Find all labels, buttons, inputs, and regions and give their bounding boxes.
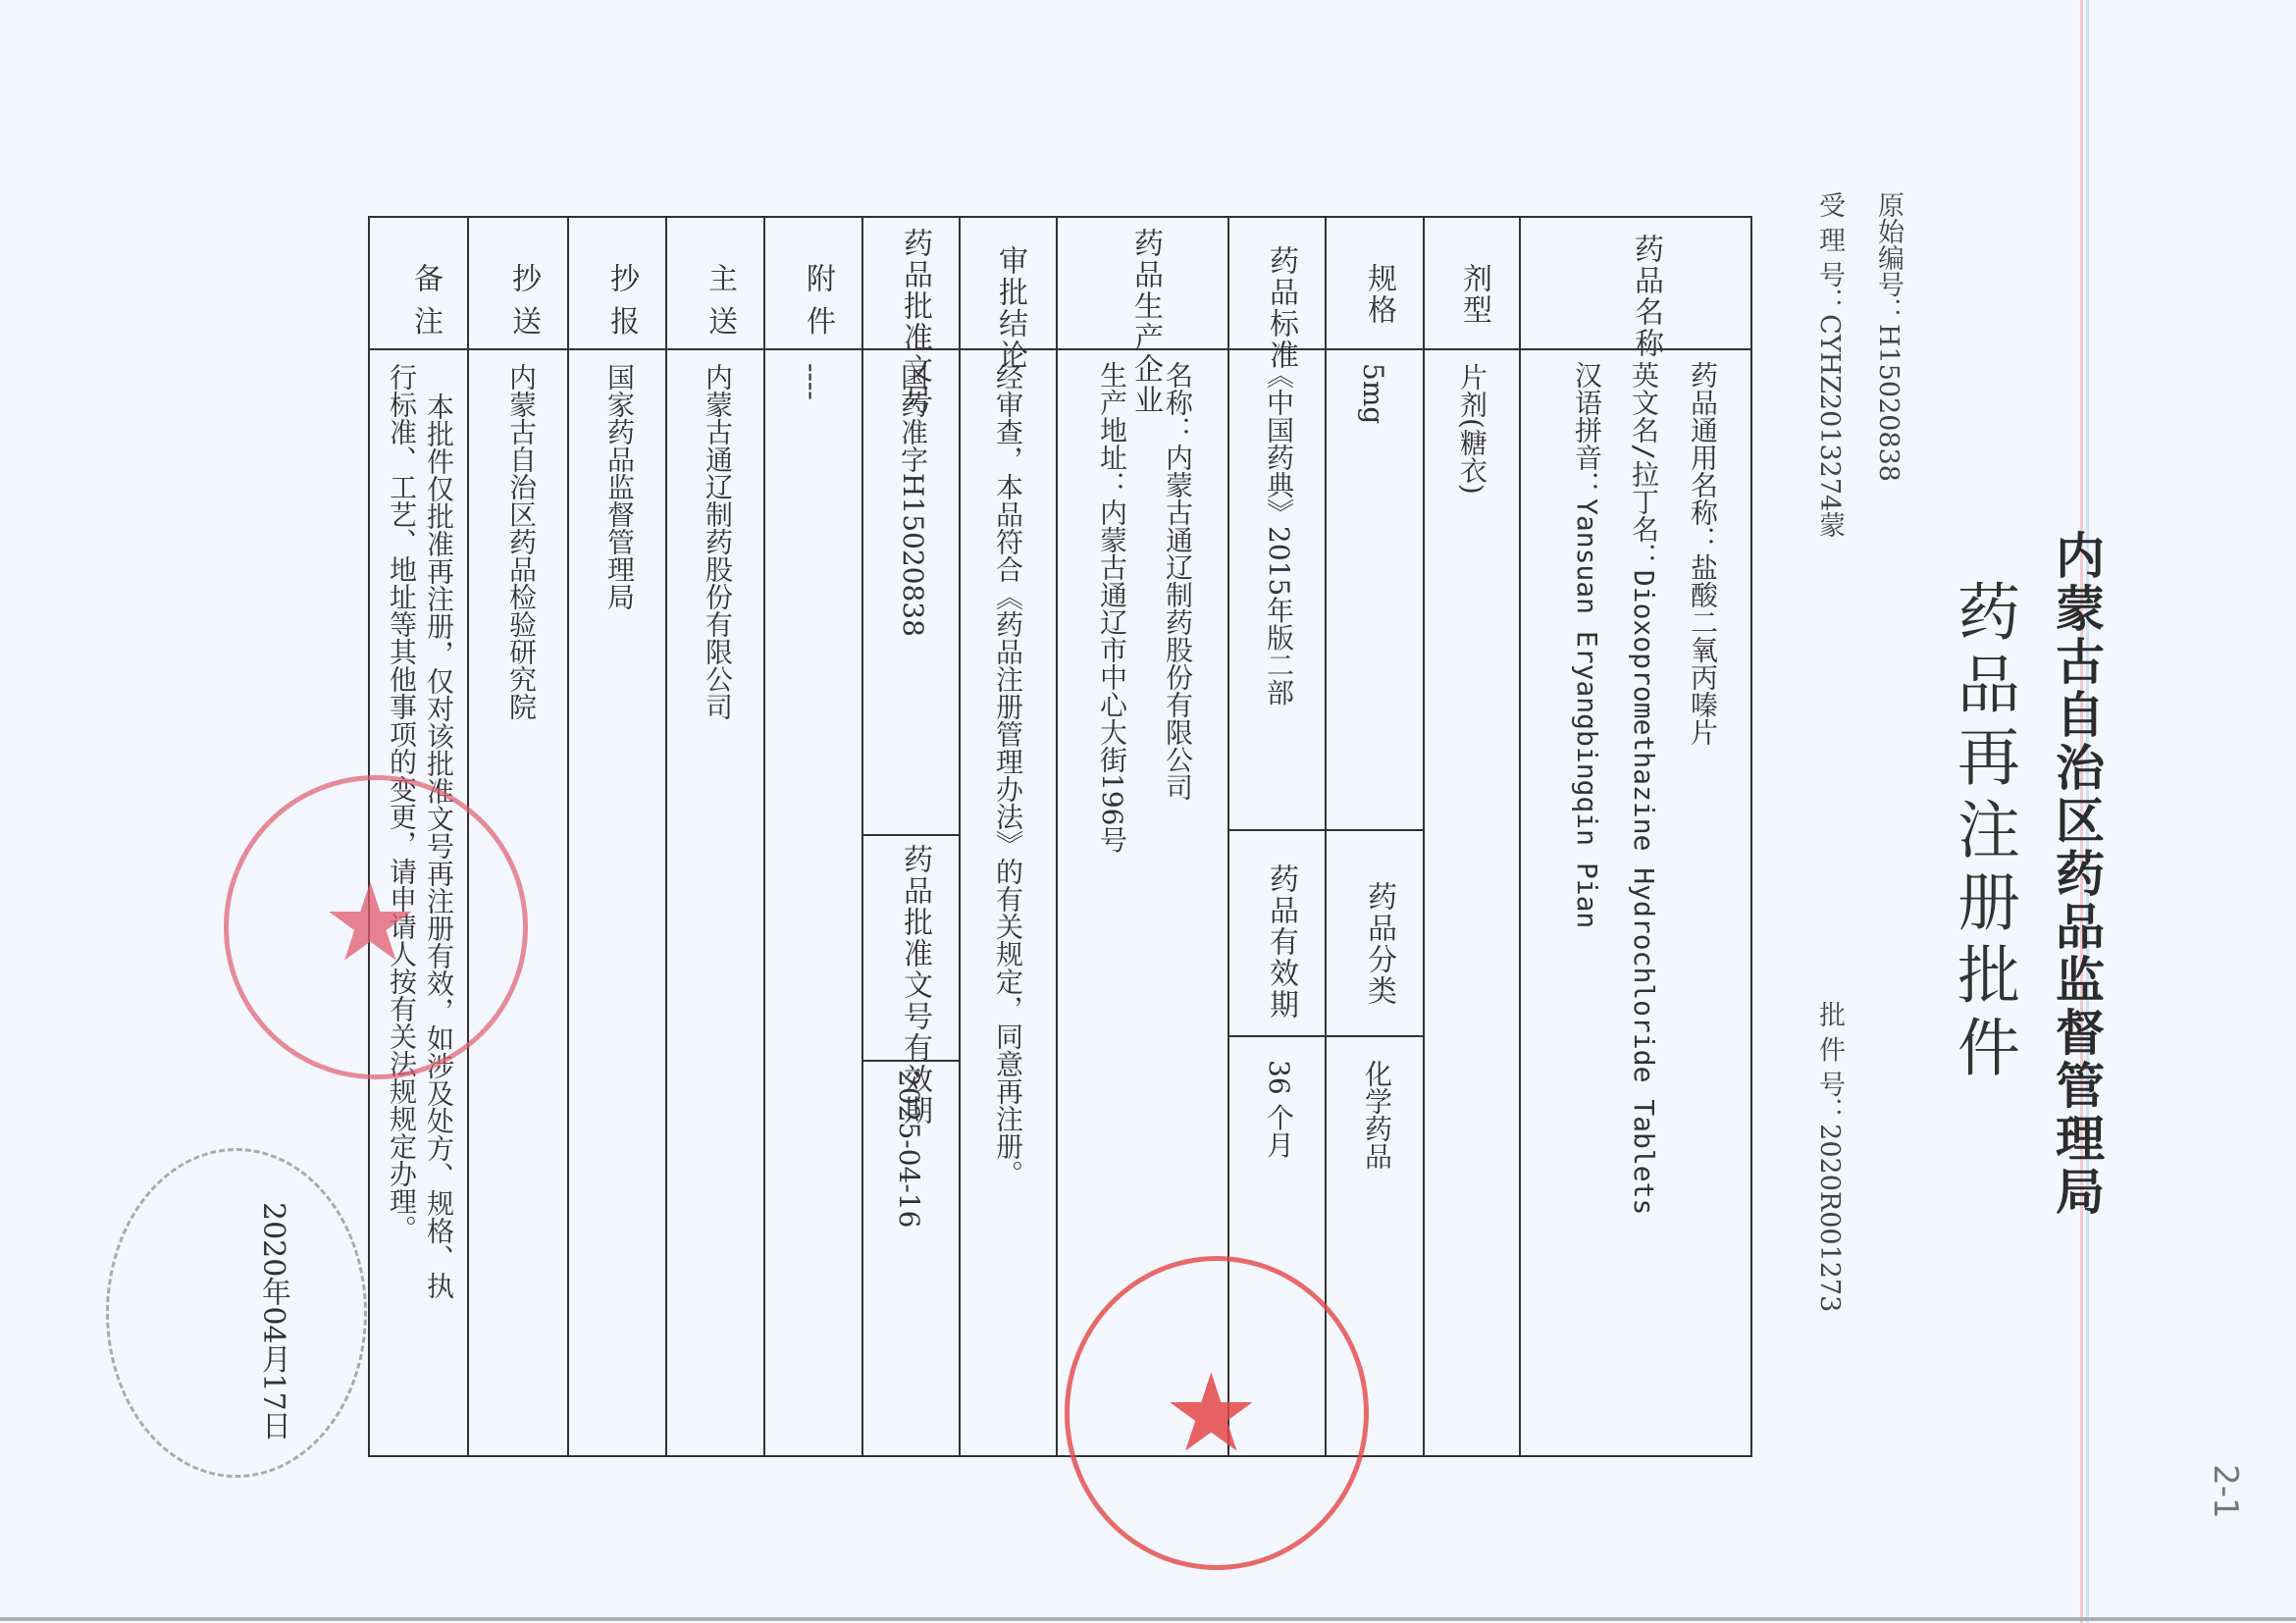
scan-bottom-edge bbox=[0, 1617, 2296, 1621]
label-cc-report: 抄 报 bbox=[600, 263, 643, 338]
row-divider bbox=[1325, 216, 1327, 1457]
specification-value: 5mg bbox=[1357, 363, 1389, 424]
manufacturer-address: 生产地址：内蒙古通辽市中心大街196号 bbox=[1092, 361, 1131, 853]
label-column-divider bbox=[368, 348, 1752, 350]
label-shelf-life: 药品有效期 bbox=[1259, 864, 1302, 1021]
shelf-life-value: 36 个月 bbox=[1259, 1060, 1298, 1159]
generic-name: 药品通用名称：盐酸二氧丙嗪片 bbox=[1683, 361, 1722, 746]
acceptance-number-value: CYHZ2013274蒙 bbox=[1814, 314, 1845, 538]
label-remarks: 备 注 bbox=[403, 263, 446, 338]
issuing-authority: 内蒙古自治区药品监督管理局 bbox=[2041, 530, 2112, 1219]
dosage-form-value: 片剂(糖衣) bbox=[1452, 363, 1491, 495]
manufacturer-address-label: 生产地址： bbox=[1096, 361, 1128, 498]
pinyin-label: 汉语拼音： bbox=[1571, 361, 1603, 498]
registration-table: 药品名称 药品通用名称：盐酸二氧丙嗪片 英文名/拉丁名：Dioxoprometh… bbox=[368, 216, 1752, 1457]
english-name-label: 英文名/拉丁名： bbox=[1628, 361, 1660, 570]
label-main-recipient: 主 送 bbox=[698, 263, 741, 338]
approval-document-number: 批 件 号：2020R001273 bbox=[1810, 1001, 1849, 1312]
approval-document-number-label: 批 件 号： bbox=[1814, 1001, 1845, 1124]
cell-divider-top bbox=[1326, 829, 1424, 831]
main-recipient-value: 内蒙古通辽制药股份有限公司 bbox=[698, 363, 737, 720]
english-name: 英文名/拉丁名：Dioxopromethazine Hydrochloride … bbox=[1624, 361, 1663, 1215]
manufacturer-name-value: 内蒙古通辽制药股份有限公司 bbox=[1162, 444, 1194, 801]
issue-date: 2020年04月17日 bbox=[251, 1202, 294, 1440]
sub-divider-validity bbox=[861, 834, 960, 836]
row-divider bbox=[763, 216, 765, 1457]
table-border-right bbox=[1750, 216, 1752, 1457]
sub-divider-shelf-life-value bbox=[1227, 1035, 1424, 1037]
original-number-label: 原始编号： bbox=[1873, 191, 1904, 324]
seal-pink-left: ★ bbox=[224, 775, 528, 1079]
generic-name-label: 药品通用名称： bbox=[1687, 361, 1719, 553]
generic-name-value: 盐酸二氧丙嗪片 bbox=[1687, 553, 1719, 746]
label-specification: 规格 bbox=[1357, 263, 1400, 326]
manufacturer-name-label: 名称： bbox=[1162, 361, 1194, 444]
seal-company: ★ bbox=[1065, 1256, 1369, 1570]
approval-document-number-value: 2020R001273 bbox=[1814, 1124, 1845, 1312]
table-border-bottom bbox=[368, 1455, 1752, 1457]
row-divider bbox=[567, 216, 569, 1457]
drug-category-value: 化学药品 bbox=[1357, 1060, 1396, 1170]
cc-send-value: 内蒙古自治区药品检验研究院 bbox=[501, 363, 541, 720]
label-drug-category: 药品分类 bbox=[1357, 881, 1400, 1007]
label-dosage-form: 剂型 bbox=[1452, 263, 1495, 326]
star-icon: ★ bbox=[1163, 1359, 1260, 1467]
table-border-top bbox=[368, 216, 1752, 218]
label-drug-standard: 药品标准 bbox=[1259, 245, 1302, 371]
manufacturer-address-value: 内蒙古通辽市中心大街196号 bbox=[1096, 498, 1128, 853]
label-cc-send: 抄 送 bbox=[501, 263, 545, 338]
pinyin-name: 汉语拼音：Yansuan Eryangbingqin Pian bbox=[1567, 361, 1606, 928]
acceptance-number: 受 理 号：CYHZ2013274蒙 bbox=[1810, 191, 1849, 538]
row-divider bbox=[959, 216, 961, 1457]
star-icon: ★ bbox=[322, 868, 419, 976]
drug-standard-value: 《中国药典》2015年版二部 bbox=[1259, 361, 1298, 706]
original-number-value: H15020838 bbox=[1873, 324, 1904, 482]
approval-validity-value: 2025-04-16 bbox=[893, 1070, 925, 1228]
row-divider bbox=[1056, 216, 1058, 1457]
conclusion-value: 经审查，本品符合《药品注册管理办法》的有关规定，同意再注册。 bbox=[988, 363, 1027, 1187]
english-name-value: Dioxopromethazine Hydrochloride Tablets bbox=[1628, 570, 1660, 1215]
document-title: 药品再注册批件 bbox=[1938, 579, 2028, 1087]
approval-number-value: 国药准字H15020838 bbox=[893, 363, 932, 637]
acceptance-number-label: 受 理 号： bbox=[1814, 191, 1845, 314]
label-drug-name: 药品名称 bbox=[1624, 234, 1667, 359]
row-divider bbox=[665, 216, 667, 1457]
label-attachment: 附 件 bbox=[796, 263, 839, 338]
manufacturer-name: 名称：内蒙古通辽制药股份有限公司 bbox=[1158, 361, 1197, 801]
row-divider bbox=[861, 216, 863, 1457]
label-conclusion: 审批结论 bbox=[988, 245, 1031, 371]
pinyin-value: Yansuan Eryangbingqin Pian bbox=[1571, 498, 1603, 928]
row-divider bbox=[1519, 216, 1521, 1457]
original-number: 原始编号：H15020838 bbox=[1869, 191, 1907, 482]
attachment-value: ---- bbox=[796, 363, 828, 400]
row-divider bbox=[1423, 216, 1425, 1457]
cc-report-value: 国家药品监督管理局 bbox=[600, 363, 639, 610]
page-mark: 2-1 bbox=[2206, 1464, 2245, 1519]
seal-gray-date bbox=[106, 1148, 367, 1478]
